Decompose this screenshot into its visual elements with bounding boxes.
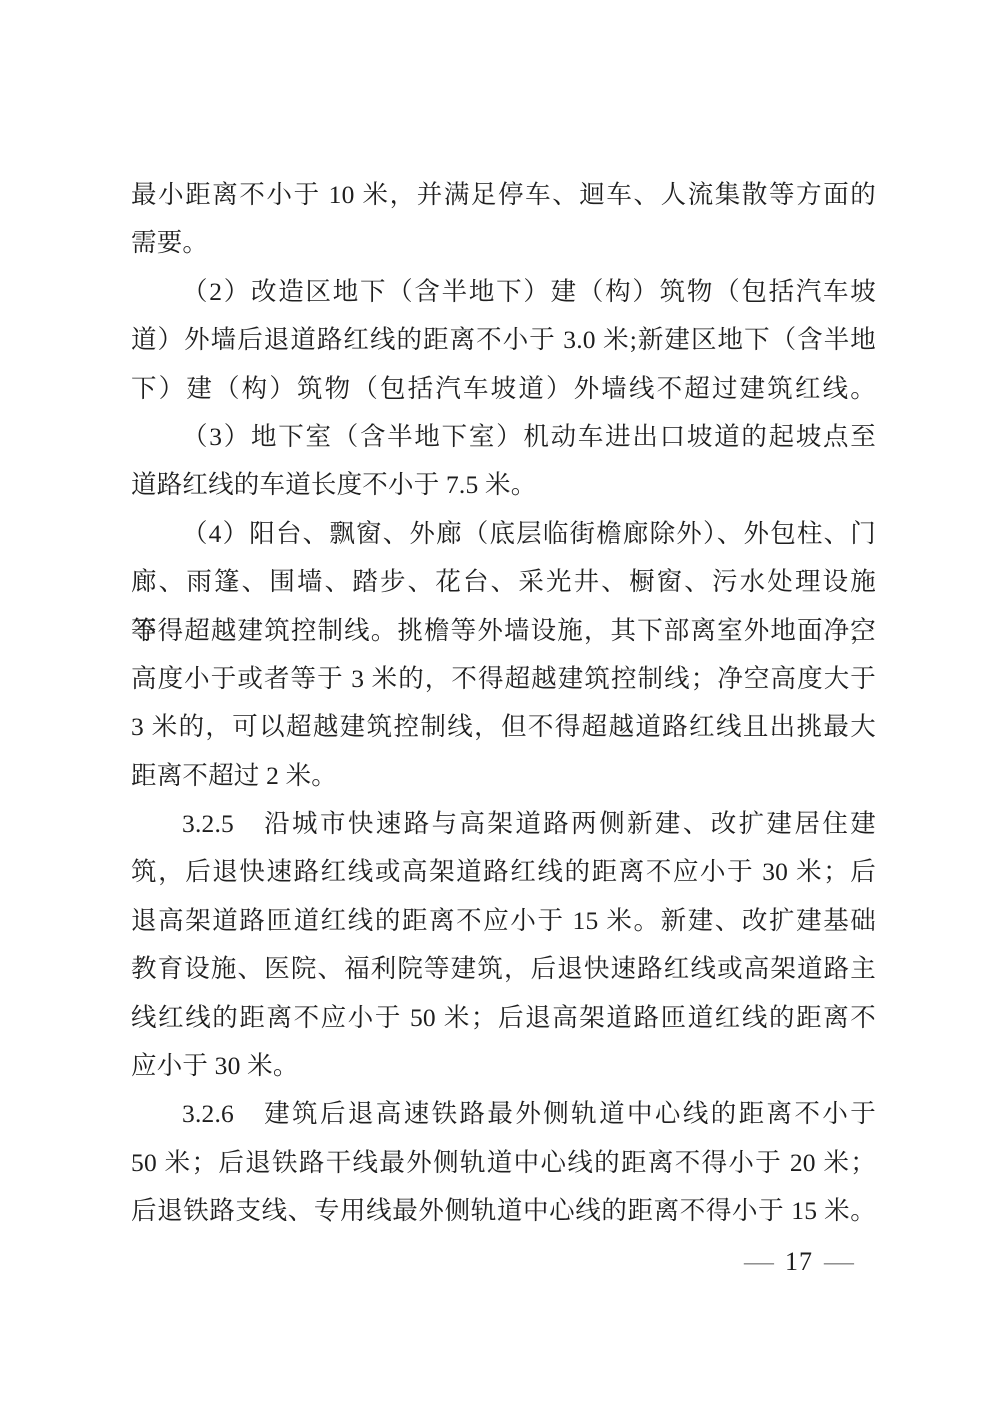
page-number-value: 17 bbox=[785, 1246, 813, 1278]
text-line: 最小距离不小于 10 米，并满足停车、迴车、人流集散等方面的 bbox=[131, 171, 876, 219]
text-line: （2）改造区地下（含半地下）建（构）筑物（包括汽车坡 bbox=[131, 268, 876, 316]
text-line: 距离不超过 2 米。 bbox=[131, 752, 876, 800]
text-line: （3）地下室（含半地下室）机动车进出口坡道的起坡点至 bbox=[131, 413, 876, 461]
body-text: 最小距离不小于 10 米，并满足停车、迴车、人流集散等方面的需要。（2）改造区地… bbox=[131, 171, 876, 1236]
text-line: 下）建（构）筑物（包括汽车坡道）外墙线不超过建筑红线。 bbox=[131, 365, 876, 413]
text-line: 廊、雨篷、围墙、踏步、花台、采光井、橱窗、污水处理设施等， bbox=[131, 558, 876, 606]
page-number-right-dash: — bbox=[824, 1246, 854, 1278]
text-line: 需要。 bbox=[131, 219, 876, 267]
text-line: 3.2.5 沿城市快速路与高架道路两侧新建、改扩建居住建 bbox=[131, 800, 876, 848]
page-number: — 17 — bbox=[746, 1246, 852, 1278]
text-line: 退高架道路匝道红线的距离不应小于 15 米。新建、改扩建基础 bbox=[131, 897, 876, 945]
text-line: 50 米；后退铁路干线最外侧轨道中心线的距离不得小于 20 米； bbox=[131, 1139, 876, 1187]
document-page: 最小距离不小于 10 米，并满足停车、迴车、人流集散等方面的需要。（2）改造区地… bbox=[0, 0, 992, 1404]
text-line: 3 米的，可以超越建筑控制线，但不得超越道路红线且出挑最大 bbox=[131, 703, 876, 751]
text-line: 不得超越建筑控制线。挑檐等外墙设施，其下部离室外地面净空 bbox=[131, 607, 876, 655]
text-line: 线红线的距离不应小于 50 米；后退高架道路匝道红线的距离不 bbox=[131, 994, 876, 1042]
text-line: 后退铁路支线、专用线最外侧轨道中心线的距离不得小于 15 米。 bbox=[131, 1187, 876, 1235]
text-line: 教育设施、医院、福利院等建筑，后退快速路红线或高架道路主 bbox=[131, 945, 876, 993]
text-line: 筑，后退快速路红线或高架道路红线的距离不应小于 30 米；后 bbox=[131, 848, 876, 896]
page-number-left-dash: — bbox=[744, 1246, 774, 1278]
text-line: 道路红线的车道长度不小于 7.5 米。 bbox=[131, 461, 876, 509]
text-line: 3.2.6 建筑后退高速铁路最外侧轨道中心线的距离不小于 bbox=[131, 1090, 876, 1138]
text-line: 高度小于或者等于 3 米的，不得超越建筑控制线；净空高度大于 bbox=[131, 655, 876, 703]
text-line: （4）阳台、飘窗、外廊（底层临街檐廊除外）、外包柱、门 bbox=[131, 510, 876, 558]
text-line: 应小于 30 米。 bbox=[131, 1042, 876, 1090]
text-line: 道）外墙后退道路红线的距离不小于 3.0 米;新建区地下（含半地 bbox=[131, 316, 876, 364]
